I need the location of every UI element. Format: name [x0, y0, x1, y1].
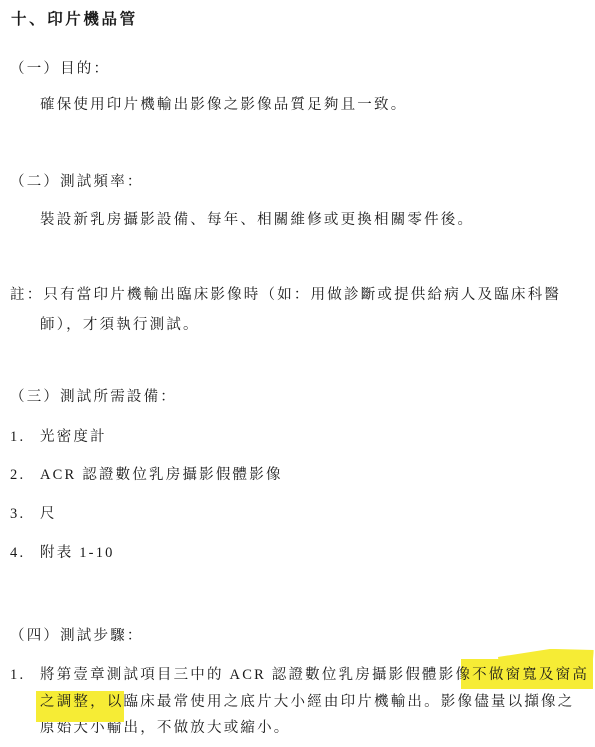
equipment-item-4-text: 附表 1-10 — [40, 543, 115, 563]
section3-heading: （三）測試所需設備： — [10, 387, 177, 407]
note-line2: 師），才須執行測試。 — [40, 315, 200, 335]
section1-heading: （一）目的： — [10, 59, 110, 79]
document-page: 十、印片機品管 （一）目的： 確保使用印片機輸出影像之影像品質足夠且一致。 （二… — [0, 0, 595, 747]
equipment-item-2-number: 2. — [10, 465, 25, 485]
step-1-line1-text: 將第壹章測試項目三中的 ACR 認證數位乳房攝影假體影像 — [40, 667, 472, 683]
step-1-line2: 之調整，以臨床最常使用之底片大小經由印片機輸出。影像儘量以擷像之 — [40, 692, 574, 712]
equipment-item-3-text: 尺 — [40, 504, 57, 524]
equipment-item-4-number: 4. — [10, 543, 25, 563]
equipment-item-1-text: 光密度計 — [40, 427, 107, 447]
equipment-item-1-number: 1. — [10, 427, 25, 447]
page-title: 十、印片機品管 — [11, 10, 138, 30]
section4-heading: （四）測試步驟： — [10, 626, 144, 646]
step-1-line2-text: 以臨床最常使用之底片大小經由印片機輸出。影像儘量以擷像之 — [107, 694, 575, 710]
step-1-number: 1. — [10, 665, 25, 685]
section1-body: 確保使用印片機輸出影像之影像品質足夠且一致。 — [40, 95, 407, 115]
section2-body: 裝設新乳房攝影設備、每年、相關維修或更換相關零件後。 — [40, 210, 474, 230]
highlighted-text-1: 不做窗寬及窗高 — [461, 659, 593, 689]
note-line1: 註：只有當印片機輸出臨床影像時（如：用做診斷或提供給病人及臨床科醫 — [10, 285, 561, 305]
equipment-item-2-text: ACR 認證數位乳房攝影假體影像 — [40, 465, 283, 485]
step-1-line1: 將第壹章測試項目三中的 ACR 認證數位乳房攝影假體影像不做窗寬及窗高 — [40, 665, 589, 685]
equipment-item-3-number: 3. — [10, 504, 25, 524]
section2-heading: （二）測試頻率： — [10, 172, 144, 192]
